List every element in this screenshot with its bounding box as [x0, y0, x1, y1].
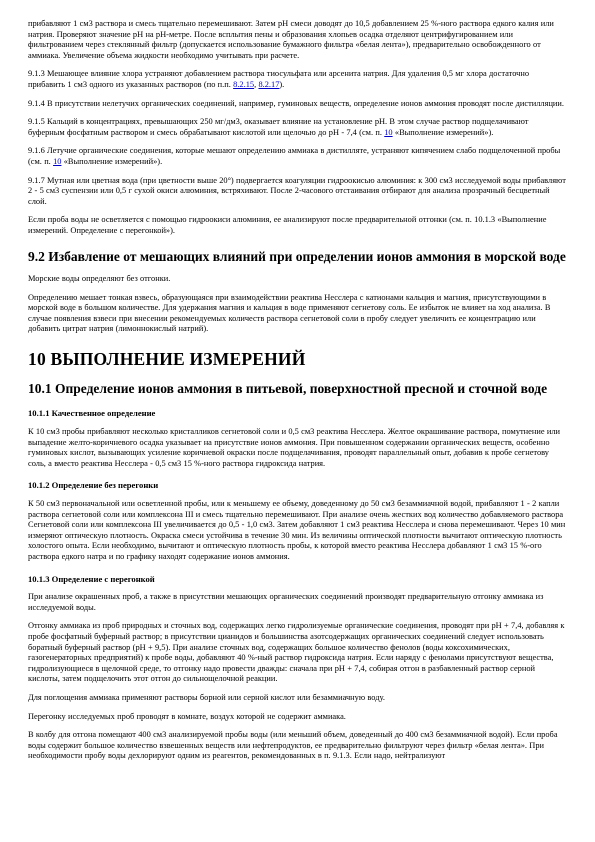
text-segment: При анализе окрашенных проб, а также в п…	[28, 592, 543, 612]
paragraph-continuation: прибавляют 1 см3 раствора и смесь тщател…	[28, 19, 567, 61]
text-segment: Если проба воды не осветляется с помощью…	[28, 215, 546, 235]
paragraph-10-1-1: К 10 см3 пробы прибавляют несколько крис…	[28, 427, 567, 469]
text-segment: «Выполнение измерений»).	[61, 157, 162, 166]
text-segment: К 10 см3 пробы прибавляют несколько крис…	[28, 427, 560, 468]
link-8-2-17[interactable]: 8.2.17	[258, 80, 279, 89]
heading-section-9-2: 9.2 Избавление от мешающих влияний при о…	[28, 249, 567, 266]
text-segment: прибавляют 1 см3 раствора и смесь тщател…	[28, 19, 554, 60]
document-page: прибавляют 1 см3 раствора и смесь тщател…	[0, 0, 595, 842]
clause-9-1-4: 9.1.4 В присутствии нелетучих органическ…	[28, 99, 567, 110]
clause-9-1-7-note: Если проба воды не осветляется с помощью…	[28, 215, 567, 236]
paragraph-seawater-1: Морские воды определяют без отгонки.	[28, 274, 567, 285]
paragraph-10-1-3-b: Отгонку аммиака из проб природных и сточ…	[28, 621, 567, 685]
text-segment: 9.1.7 Мутная или цветная вода (при цветн…	[28, 176, 566, 206]
text-segment: Для поглощения аммиака применяют раствор…	[28, 693, 385, 702]
clause-9-1-3: 9.1.3 Мешающее влияние хлора устраняют д…	[28, 69, 567, 90]
text-segment: 9.1.4 В присутствии нелетучих органическ…	[28, 99, 564, 108]
clause-9-1-5: 9.1.5 Кальций в концентрациях, превышающ…	[28, 117, 567, 138]
text-segment: В колбу для отгона помещают 400 см3 анал…	[28, 730, 558, 760]
text-segment: Перегонку исследуемых проб проводят в ко…	[28, 712, 346, 721]
paragraph-seawater-2: Определению мешает тонкая взвесь, образу…	[28, 293, 567, 335]
link-8-2-15[interactable]: 8.2.15	[233, 80, 254, 89]
paragraph-10-1-2: К 50 см3 первоначальной или осветленной …	[28, 499, 567, 563]
link-10[interactable]: 10	[384, 128, 392, 137]
paragraph-10-1-3-a: При анализе окрашенных проб, а также в п…	[28, 592, 567, 613]
text-segment: ).	[279, 80, 284, 89]
text-segment: «Выполнение измерений»).	[393, 128, 494, 137]
paragraph-10-1-3-d: Перегонку исследуемых проб проводят в ко…	[28, 712, 567, 723]
heading-section-10: 10 ВЫПОЛНЕНИЕ ИЗМЕРЕНИЙ	[28, 349, 567, 369]
clause-9-1-7: 9.1.7 Мутная или цветная вода (при цветн…	[28, 176, 567, 208]
heading-clause-10-1-2: 10.1.2 Определение без перегонки	[28, 480, 567, 491]
clause-9-1-6: 9.1.6 Летучие органические соединения, к…	[28, 146, 567, 167]
text-segment: К 50 см3 первоначальной или осветленной …	[28, 499, 565, 561]
text-segment: Отгонку аммиака из проб природных и сточ…	[28, 621, 564, 683]
heading-clause-10-1-1: 10.1.1 Качественное определение	[28, 408, 567, 419]
paragraph-10-1-3-c: Для поглощения аммиака применяют раствор…	[28, 693, 567, 704]
heading-section-10-1: 10.1 Определение ионов аммония в питьево…	[28, 381, 567, 398]
heading-clause-10-1-3: 10.1.3 Определение с перегонкой	[28, 574, 567, 585]
paragraph-10-1-3-e: В колбу для отгона помещают 400 см3 анал…	[28, 730, 567, 762]
text-segment: Морские воды определяют без отгонки.	[28, 274, 170, 283]
text-segment: Определению мешает тонкая взвесь, образу…	[28, 293, 550, 334]
